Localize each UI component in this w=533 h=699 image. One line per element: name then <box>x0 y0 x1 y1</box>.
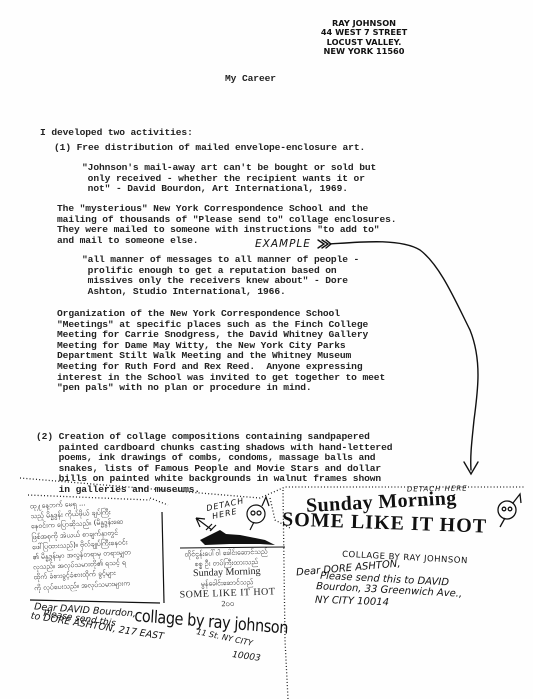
bunny-face-icon <box>247 497 269 530</box>
snake-silhouette <box>200 530 275 545</box>
burmese-newspaper-clipping: ထု႔နေ့ဘက် မေရှ ... သည့် မိန္မဒွန်း ကိုယ်… <box>30 495 160 593</box>
movie-ticket-clipping: ထိုင်ငွန်းပေါ်ဝါ ခေါင်းဆောင်သည် စစ္စ ဦး … <box>171 546 283 611</box>
document-page: RAY JOHNSON 44 WEST 7 STREET LOCUST VALL… <box>0 0 533 699</box>
arrow-annotation-icon <box>318 240 478 474</box>
bunny-face-icon-right <box>498 494 521 527</box>
